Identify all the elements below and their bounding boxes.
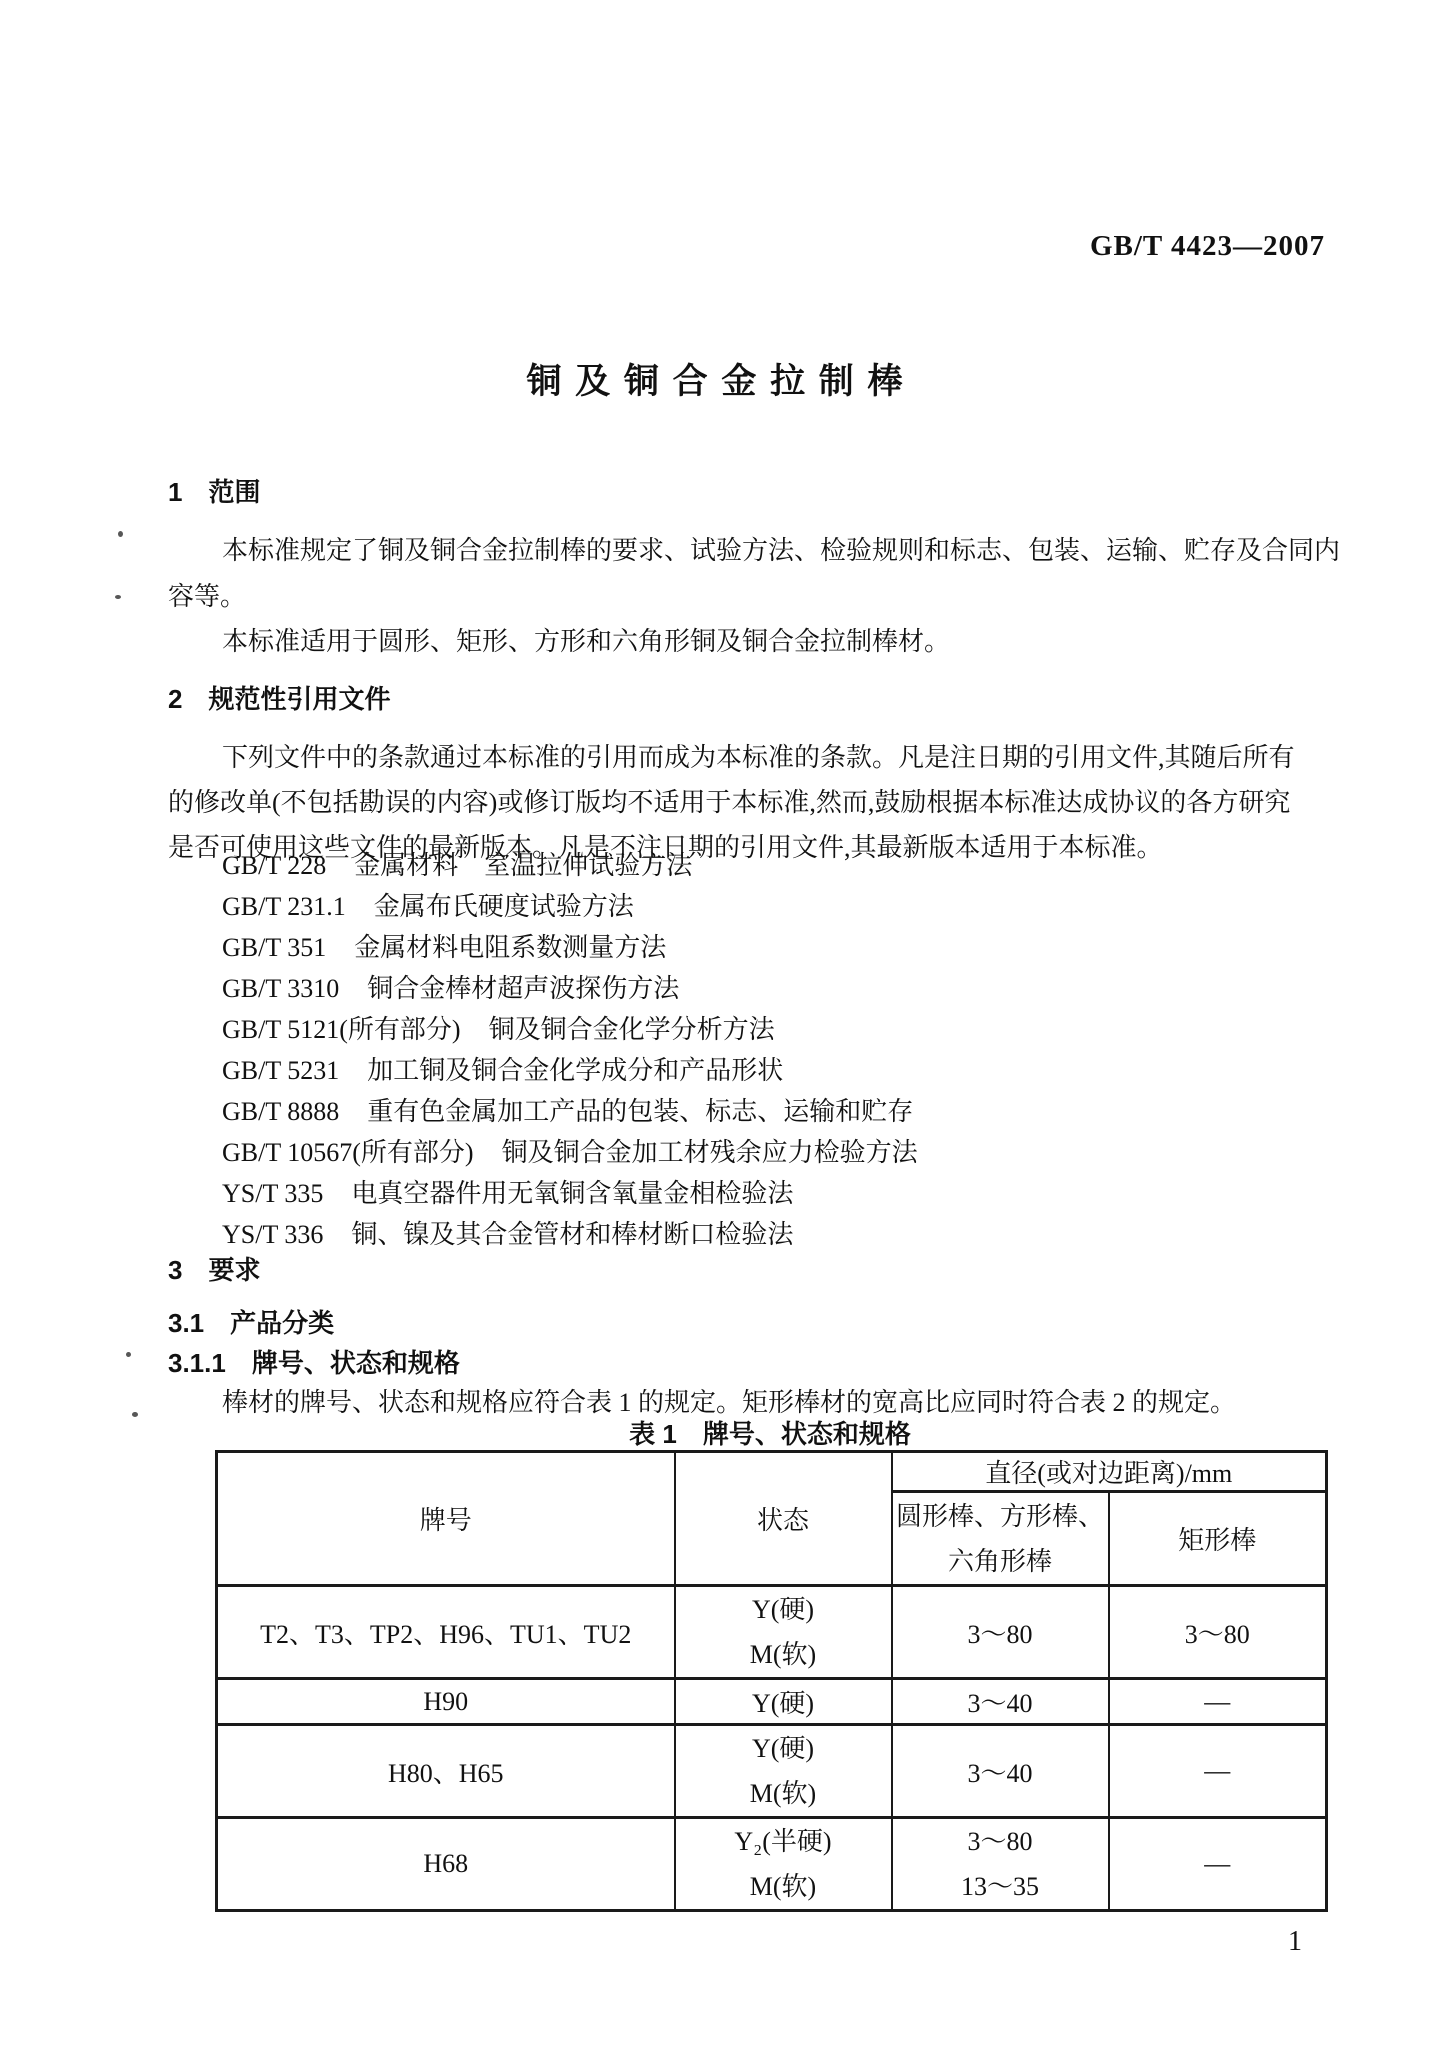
reference-name: 电真空器件用无氧铜含氧量金相检验法 [351,1179,793,1208]
reference-name: 金属材料 室温拉伸试验方法 [354,851,692,880]
reference-code: GB/T 5121(所有部分) [222,1015,461,1044]
reference-code: GB/T 10567(所有部分) [222,1138,474,1167]
reference-name: 铜合金棒材超声波探伤方法 [367,974,679,1003]
state-cell: Y(硬) [675,1679,892,1725]
document-title: 铜 及 铜 合 金 拉 制 棒 [0,354,1431,404]
header-cell-rect-bar: 矩形棒 [1109,1492,1327,1586]
reference-name: 加工铜及铜合金化学成分和产品形状 [367,1056,783,1085]
scan-speck [118,531,123,537]
section-3-1-1-heading: 3.1.1 牌号、状态和规格 [168,1343,460,1380]
reference-name: 铜及铜合金加工材残余应力检验方法 [502,1138,918,1167]
scope-para2: 本标准适用于圆形、矩形、方形和六角形铜及铜合金拉制棒材。 [222,621,950,658]
table1-caption: 表 1 牌号、状态和规格 [215,1414,1325,1451]
grade-cell: H80、H65 [217,1725,675,1818]
round-diameter-cell: 3～40 [892,1679,1109,1725]
state-cell: Y(硬) M(软) [675,1725,892,1818]
rect-diameter-cell: 3～80 [1109,1586,1327,1679]
refs-para-line2: 的修改单(不包括勘误的内容)或修订版均不适用于本标准,然而,鼓励根据本标准达成协… [168,782,1290,819]
refs-para-line1: 下列文件中的条款通过本标准的引用而成为本标准的条款。凡是注日期的引用文件,其随后… [222,737,1295,774]
state-cell: Y₂(半硬) M(软) [675,1818,892,1911]
table-row: H90 Y(硬) 3～40 — [217,1679,1327,1725]
grade-cell: H90 [217,1679,675,1725]
scan-speck [115,595,121,599]
reference-name: 铜及铜合金化学分析方法 [489,1015,775,1044]
header-round-line1: 圆形棒、方形棒、 [893,1494,1108,1539]
reference-item: GB/T 231.1金属布氏硬度试验方法 [222,886,918,927]
reference-code: GB/T 228 [222,851,326,880]
header-cell-state: 状态 [675,1452,892,1586]
reference-item: GB/T 8888重有色金属加工产品的包装、标志、运输和贮存 [222,1091,918,1132]
header-cell-diameter-group: 直径(或对边距离)/mm [892,1452,1327,1492]
scan-speck [132,1412,138,1417]
state-cell: Y(硬) M(软) [675,1586,892,1679]
grade-cell: H68 [217,1818,675,1911]
round-diameter-cell: 3～80 13～35 [892,1818,1109,1911]
state-line: Y(硬) [676,1587,891,1632]
section-2-heading: 2 规范性引用文件 [168,679,390,716]
reference-name: 金属布氏硬度试验方法 [374,892,634,921]
reference-name: 铜、镍及其合金管材和棒材断口检验法 [351,1220,793,1249]
standard-code: GB/T 4423—2007 [0,230,1325,263]
table-row: H80、H65 Y(硬) M(软) 3～40 — [217,1725,1327,1818]
table-row: T2、T3、TP2、H96、TU1、TU2 Y(硬) M(软) 3～80 3～8… [217,1586,1327,1679]
scan-speck [126,1352,131,1357]
state-line: M(软) [676,1771,891,1816]
rect-diameter-cell: — [1109,1725,1327,1818]
reference-item: YS/T 336铜、镍及其合金管材和棒材断口检验法 [222,1214,918,1255]
section-3-1-heading: 3.1 产品分类 [168,1303,334,1340]
reference-code: GB/T 5231 [222,1056,339,1085]
reference-code: GB/T 8888 [222,1097,339,1126]
reference-code: YS/T 336 [222,1220,323,1249]
diameter-line: 3～80 [893,1819,1108,1864]
reference-code: GB/T 3310 [222,974,339,1003]
section-3-heading: 3 要求 [168,1250,260,1287]
reference-list: GB/T 228金属材料 室温拉伸试验方法 GB/T 231.1金属布氏硬度试验… [222,845,918,1255]
reference-item: GB/T 5121(所有部分)铜及铜合金化学分析方法 [222,1009,918,1050]
round-diameter-cell: 3～40 [892,1725,1109,1818]
page-number: 1 [1288,1926,1302,1958]
table-row: H68 Y₂(半硬) M(软) 3～80 13～35 — [217,1818,1327,1911]
reference-item: GB/T 5231加工铜及铜合金化学成分和产品形状 [222,1050,918,1091]
scope-para1-line2: 容等。 [168,576,246,613]
rect-diameter-cell: — [1109,1679,1327,1725]
reference-code: GB/T 351 [222,933,326,962]
header-round-line2: 六角形棒 [893,1539,1108,1584]
state-line: M(软) [676,1632,891,1677]
reference-code: YS/T 335 [222,1179,323,1208]
header-cell-grade: 牌号 [217,1452,675,1586]
reference-item: GB/T 10567(所有部分)铜及铜合金加工材残余应力检验方法 [222,1132,918,1173]
state-line: Y₂(半硬) [676,1819,891,1864]
grade-cell: T2、T3、TP2、H96、TU1、TU2 [217,1586,675,1679]
table-header-row: 牌号 状态 直径(或对边距离)/mm [217,1452,1327,1492]
diameter-line: 13～35 [893,1864,1108,1909]
rect-diameter-cell: — [1109,1818,1327,1911]
reference-item: GB/T 228金属材料 室温拉伸试验方法 [222,845,918,886]
state-line: M(软) [676,1864,891,1909]
section-1-heading: 1 范围 [168,472,260,509]
reference-name: 金属材料电阻系数测量方法 [354,933,666,962]
state-line: Y(硬) [676,1726,891,1771]
reference-name: 重有色金属加工产品的包装、标志、运输和贮存 [367,1097,913,1126]
table1-spec-table: 牌号 状态 直径(或对边距离)/mm 圆形棒、方形棒、 六角形棒 矩形棒 T2、… [215,1450,1328,1912]
reference-item: GB/T 3310铜合金棒材超声波探伤方法 [222,968,918,1009]
reference-item: YS/T 335电真空器件用无氧铜含氧量金相检验法 [222,1173,918,1214]
round-diameter-cell: 3～80 [892,1586,1109,1679]
reference-code: GB/T 231.1 [222,892,346,921]
header-cell-round-bars: 圆形棒、方形棒、 六角形棒 [892,1492,1109,1586]
document-page: GB/T 4423—2007 铜 及 铜 合 金 拉 制 棒 1 范围 本标准规… [0,0,1431,2048]
scope-para1-line1: 本标准规定了铜及铜合金拉制棒的要求、试验方法、检验规则和标志、包装、运输、贮存及… [222,530,1340,567]
reference-item: GB/T 351金属材料电阻系数测量方法 [222,927,918,968]
